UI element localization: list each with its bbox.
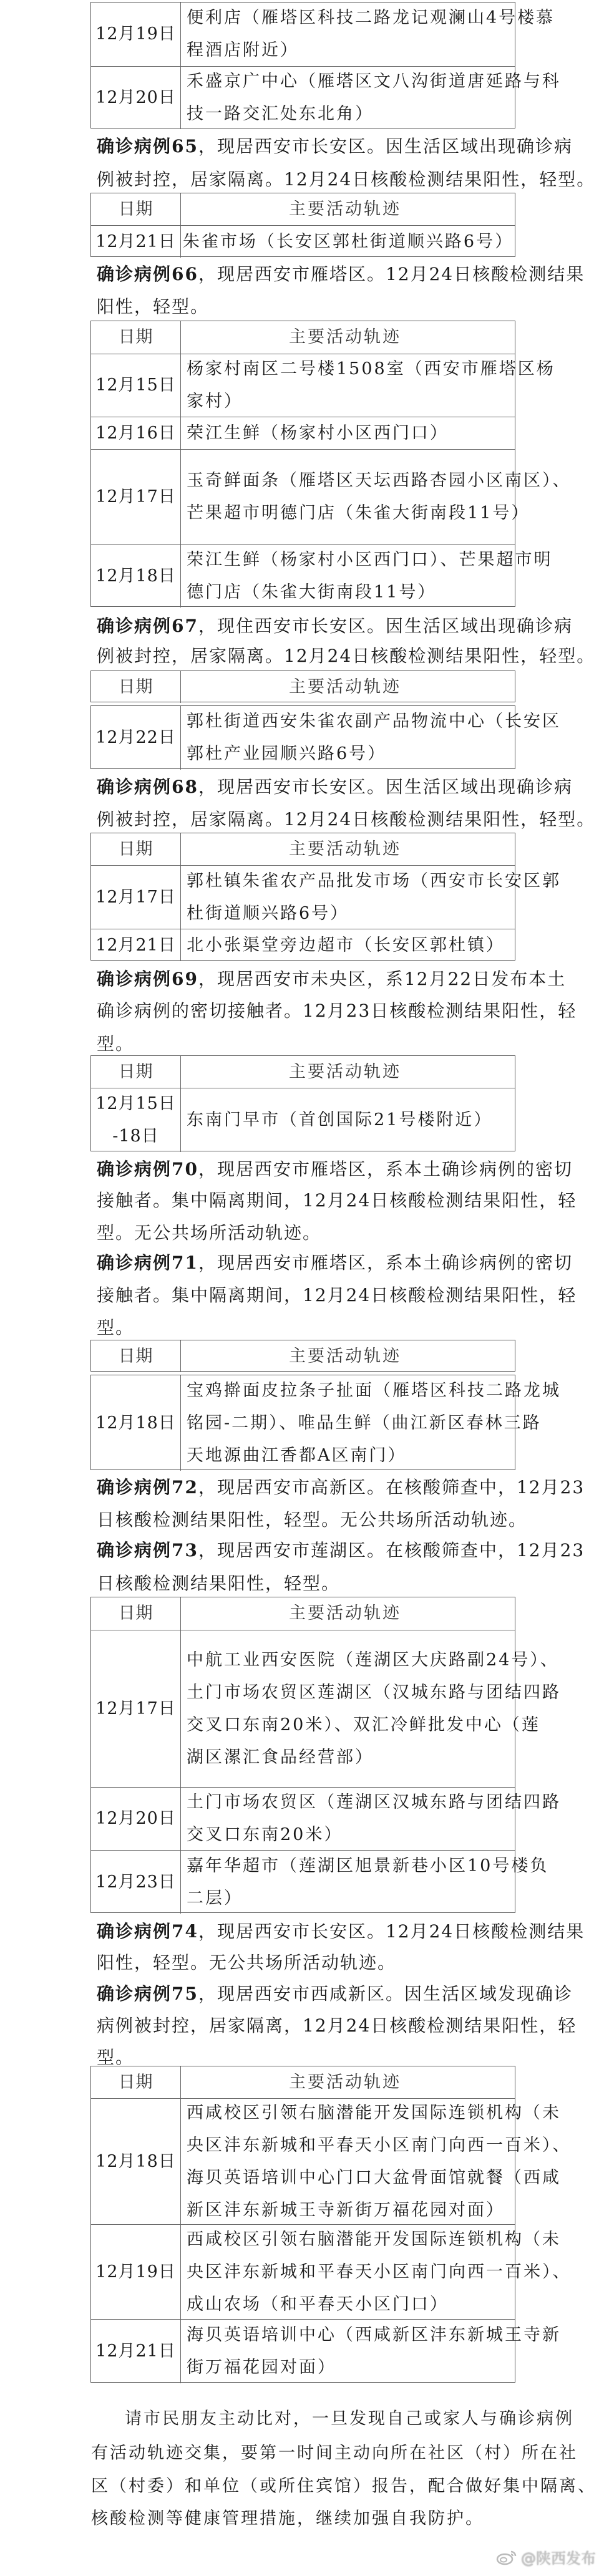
date-cell: 12月20日 [91,1788,181,1850]
date-cell: 12月18日 [91,545,181,608]
date-text: 12月18日 [95,1407,176,1440]
activity-cell: 宝鸡擀面皮拉条子扯面（雁塔区科技二路龙城铭园-二期）、唯品生鲜（曲江新区春林三路… [180,1375,515,1471]
line-text: ，现居西安市西咸新区。因生活区域发现确诊 [198,1983,573,2004]
header-date: 日期 [91,321,181,354]
activity-text: 二层） [187,1882,510,1915]
line-text: 型。 [97,1034,134,1054]
date-text: -18日 [112,1120,158,1153]
line-text: 接触者。集中隔离期间，12月24日核酸检测结果阳性，轻 [97,1190,577,1211]
activity-text: 荣江生鲜（杨家村小区西门口）、芒果超市明 [187,544,510,576]
date-cell: 12月15日-18日 [91,1088,181,1152]
case-label: 确诊病例75 [97,1983,198,2004]
activity-text: 成山农场（和平春天小区门口） [187,2288,510,2321]
paragraph-line: 型。 [97,1030,134,1055]
paragraph-line: 型。 [97,2044,134,2069]
activity-cell: 土门市场农贸区（莲湖区汉城东路与团结四路交叉口东南20米） [180,1788,515,1850]
paragraph-line: 确诊病例67，现住西安市长安区。因生活区域出现确诊病 [97,613,573,637]
activity-text: 街万福花园对面） [187,2351,510,2384]
activity-text: 中航工业西安医院（莲湖区大庆路副24号）、 [187,1644,510,1677]
activity-text: 北小张渠堂旁边超市（长安区郭杜镇） [187,929,510,962]
table-row: 12月15日-18日东南门早市（首创国际21号楼附近） [91,1088,515,1152]
table-row: 12月17日郭杜镇朱雀农产品批发市场（西安市长安区郭杜街道顺兴路6号） [91,865,515,929]
paragraph-line: 接触者。集中隔离期间，12月24日核酸检测结果阳性，轻 [97,1282,577,1307]
table-row: 12月18日荣江生鲜（杨家村小区西门口）、芒果超市明德门店（朱雀大街南段11号） [91,544,515,608]
activity-text: 海贝英语培训中心（西咸新区沣东新城王寺新 [187,2319,510,2351]
header-activity: 主要活动轨迹 [180,671,515,703]
closing-line: 有活动轨迹交集，要第一时间主动向所在社区（村）所在社 [91,2439,578,2464]
paragraph-line: 接触者。集中隔离期间，12月24日核酸检测结果阳性，轻 [97,1187,577,1212]
line-text: ，现居西安市未央区，系12月22日发布本土 [198,969,566,989]
header-date: 日期 [91,1597,181,1630]
activity-cell: 嘉年华超市（莲湖区旭景新巷小区10号楼负二层） [180,1851,515,1914]
table-row: 12月21日北小张渠堂旁边超市（长安区郭杜镇） [91,929,515,961]
activity-cell: 北小张渠堂旁边超市（长安区郭杜镇） [180,929,515,961]
paragraph-line: 型。无公共场所活动轨迹。 [97,1219,321,1244]
line-text: ，现居西安市长安区。12月24日核酸检测结果 [198,1921,585,1942]
header-date: 日期 [91,1340,181,1372]
activity-text: 央区沣东新城和平春天小区南门向西一百米）、 [187,2256,510,2288]
date-cell: 12月23日 [91,1851,181,1914]
paragraph-line: 型。 [97,1314,134,1339]
table-header-row: 日期主要活动轨迹 [91,1340,515,1372]
date-cell: 12月21日 [91,929,181,961]
activity-text: 朱雀市场（长安区郭杜街道顺兴路6号） [183,226,514,258]
activity-text: 土门市场农贸区（莲湖区汉城东路与团结四路 [187,1786,510,1819]
case-label: 确诊病例67 [97,616,198,636]
activity-text: 天地源曲江香都A区南门） [187,1440,510,1472]
paragraph-line: 例被封控，居家隔离。12月24日核酸检测结果阳性，轻型。 [97,806,595,831]
activity-cell: 郭杜镇朱雀农产品批发市场（西安市长安区郭杜街道顺兴路6号） [180,866,515,929]
table-row: 12月22日郭杜街道西安朱雀农副产品物流中心（长安区郭杜产业园顺兴路6号） [91,706,515,770]
itinerary-table: 日期主要活动轨迹 [90,1340,515,1372]
line-text: 阳性，轻型。无公共场所活动轨迹。 [97,1952,396,1973]
activity-text: 西咸校区引领右脑潜能开发国际连锁机构（未 [187,2097,510,2129]
watermark: @陕西发布 [496,2546,596,2568]
weibo-icon [496,2549,517,2565]
line-text: 型。 [97,2047,134,2068]
case-label: 确诊病例68 [97,777,198,797]
table-header-row: 日期主要活动轨迹 [91,193,515,225]
case-label: 确诊病例66 [97,264,198,284]
header-date: 日期 [91,193,181,225]
activity-text: 嘉年华超市（莲湖区旭景新巷小区10号楼负 [187,1850,510,1882]
activity-cell: 东南门早市（首创国际21号楼附近） [180,1088,515,1152]
itinerary-table: 日期主要活动轨迹12月18日西咸校区引领右脑潜能开发国际连锁机构（未央区沣东新城… [90,2066,515,2383]
table-row: 12月20日土门市场农贸区（莲湖区汉城东路与团结四路交叉口东南20米） [91,1787,515,1850]
paragraph-line: 确诊病例的密切接触者。12月23日核酸检测结果阳性，轻 [97,997,577,1022]
line-text: ，现居西安市雁塔区，系本土确诊病例的密切 [198,1159,573,1179]
date-text: 12月21日 [95,2335,176,2368]
header-date: 日期 [91,671,181,703]
activity-cell: 郭杜街道西安朱雀农副产品物流中心（长安区郭杜产业园顺兴路6号） [180,706,515,770]
line-text: 型。 [97,1317,134,1338]
line-text: 确诊病例的密切接触者。12月23日核酸检测结果阳性，轻 [97,1000,577,1021]
activity-cell: 中航工业西安医院（莲湖区大庆路副24号）、土门市场农贸区莲湖区（汉城东路与团结四… [180,1630,515,1787]
table-row: 12月15日杨家村南区二号楼1508室（西安市雁塔区杨家村） [91,354,515,417]
line-text: 阳性，轻型。 [97,296,209,317]
activity-text: 郭杜镇朱雀农产品批发市场（西安市长安区郭 [187,865,510,898]
activity-cell: 西咸校区引领右脑潜能开发国际连锁机构（未央区沣东新城和平春天小区南门向西一百米）… [180,2225,515,2319]
table-row: 12月19日便利店（雁塔区科技二路龙记观澜山4号楼慕程酒店附近） [91,2,515,66]
activity-text: 家村） [187,385,510,418]
date-text: 12月15日 [95,369,176,402]
line-text: 病例被封控，居家隔离，12月24日核酸检测结果阳性，轻 [97,2015,577,2036]
activity-text: 湖区漯汇食品经营部） [187,1741,510,1774]
itinerary-table: 12月22日郭杜街道西安朱雀农副产品物流中心（长安区郭杜产业园顺兴路6号） [90,705,515,769]
line-text: 例被封控，居家隔离。12月24日核酸检测结果阳性，轻型。 [97,809,595,830]
table-row: 12月19日西咸校区引领右脑潜能开发国际连锁机构（未央区沣东新城和平春天小区南门… [91,2224,515,2319]
line-text: 型。无公共场所活动轨迹。 [97,1223,321,1243]
paragraph-line: 日核酸检测结果阳性，轻型。 [97,1570,340,1595]
table-header-row: 日期主要活动轨迹 [91,833,515,865]
activity-cell: 朱雀市场（长安区郭杜街道顺兴路6号） [180,226,515,258]
line-text: 例被封控，居家隔离。12月24日核酸检测结果阳性，轻型。 [97,169,595,190]
header-date: 日期 [91,2066,181,2098]
activity-text: 西咸校区引领右脑潜能开发国际连锁机构（未 [187,2224,510,2256]
itinerary-table: 日期主要活动轨迹12月15日杨家村南区二号楼1508室（西安市雁塔区杨家村）12… [90,321,515,607]
activity-text: 郭杜街道西安朱雀农副产品物流中心（长安区 [187,705,510,738]
date-text: 12月16日 [95,417,176,450]
closing-line: 请市民朋友主动比对，一旦发现自己或家人与确诊病例 [125,2405,574,2429]
table-header-row: 日期主要活动轨迹 [91,671,515,703]
activity-cell: 便利店（雁塔区科技二路龙记观澜山4号楼慕程酒店附近） [180,2,515,66]
watermark-text: @陕西发布 [521,2546,596,2568]
paragraph-line: 例被封控，居家隔离。12月24日核酸检测结果阳性，轻型。 [97,642,595,667]
date-cell: 12月21日 [91,2320,181,2383]
activity-text: 郭杜产业园顺兴路6号） [187,738,510,770]
date-cell: 12月17日 [91,1630,181,1787]
itinerary-table: 日期主要活动轨迹 [90,671,515,702]
case-label: 确诊病例72 [97,1477,198,1498]
paragraph-line: 确诊病例70，现居西安市雁塔区，系本土确诊病例的密切 [97,1156,573,1181]
paragraph-line: 例被封控，居家隔离。12月24日核酸检测结果阳性，轻型。 [97,166,595,191]
itinerary-table: 日期主要活动轨迹12月21日朱雀市场（长安区郭杜街道顺兴路6号） [90,193,515,257]
date-cell: 12月18日 [91,2099,181,2224]
table-row: 12月20日禾盛京广中心（雁塔区文八沟街道唐延路与科技一路交汇处东北角） [91,66,515,129]
itinerary-table: 日期主要活动轨迹12月17日郭杜镇朱雀农产品批发市场（西安市长安区郭杜街道顺兴路… [90,833,515,961]
header-date: 日期 [91,1056,181,1088]
header-activity: 主要活动轨迹 [180,1597,515,1630]
date-cell: 12月17日 [91,450,181,544]
activity-text: 土门市场农贸区莲湖区（汉城东路与团结四路 [187,1677,510,1709]
table-header-row: 日期主要活动轨迹 [91,321,515,354]
paragraph-line: 阳性，轻型。 [97,293,209,318]
line-text: ，现居西安市高新区。在核酸筛查中，12月23 [198,1477,585,1498]
activity-text: 杨家村南区二号楼1508室（西安市雁塔区杨 [187,353,510,385]
date-text: 12月19日 [95,18,176,51]
date-text: 12月17日 [95,881,176,914]
date-text: 12月21日 [95,929,176,962]
activity-cell: 荣江生鲜（杨家村小区西门口） [180,417,515,449]
line-text: ，现居西安市长安区。因生活区域出现确诊病 [198,777,573,797]
paragraph-line: 确诊病例72，现居西安市高新区。在核酸筛查中，12月23 [97,1474,585,1499]
header-activity: 主要活动轨迹 [180,1056,515,1088]
table-header-row: 日期主要活动轨迹 [91,1056,515,1088]
activity-text: 便利店（雁塔区科技二路龙记观澜山4号楼慕 [187,2,510,34]
date-text: 12月15日 [95,1088,176,1120]
table-row: 12月23日嘉年华超市（莲湖区旭景新巷小区10号楼负二层） [91,1850,515,1914]
paragraph-line: 病例被封控，居家隔离，12月24日核酸检测结果阳性，轻 [97,2012,577,2037]
case-label: 确诊病例74 [97,1921,198,1942]
paragraph-line: 确诊病例68，现居西安市长安区。因生活区域出现确诊病 [97,773,573,798]
closing-line: 核酸检测等健康管理措施，继续加强自我防护。 [91,2505,484,2529]
header-date: 日期 [91,833,181,865]
table-row: 12月18日西咸校区引领右脑潜能开发国际连锁机构（未央区沣东新城和平春天小区南门… [91,2098,515,2224]
header-activity: 主要活动轨迹 [180,321,515,354]
activity-text: 德门店（朱雀大街南段11号） [187,576,510,609]
table-row: 12月21日海贝英语培训中心（西咸新区沣东新城王寺新街万福花园对面） [91,2319,515,2383]
line-text: 例被封控，居家隔离。12月24日核酸检测结果阳性，轻型。 [97,646,595,666]
date-cell: 12月19日 [91,2225,181,2319]
activity-text: 交叉口东南20米） [187,1819,510,1851]
date-text: 12月21日 [95,226,176,258]
activity-cell: 禾盛京广中心（雁塔区文八沟街道唐延路与科技一路交汇处东北角） [180,67,515,129]
line-text: 接触者。集中隔离期间，12月24日核酸检测结果阳性，轻 [97,1285,577,1305]
date-cell: 12月15日 [91,354,181,417]
activity-text: 禾盛京广中心（雁塔区文八沟街道唐延路与科 [187,65,510,98]
activity-text: 央区沣东新城和平春天小区南门向西一百米）、 [187,2129,510,2162]
date-text: 12月19日 [95,2256,176,2288]
date-cell: 12月21日 [91,226,181,258]
activity-text: 技一路交汇处东北角） [187,98,510,130]
activity-text: 杜街道顺兴路6号） [187,898,510,930]
date-cell: 12月19日 [91,2,181,66]
date-text: 12月18日 [95,2146,176,2178]
closing-line: 区（村委）和单位（或所住宾馆）报告，配合做好集中隔离、 [91,2472,597,2497]
paragraph-line: 确诊病例66，现居西安市雁塔区。12月24日核酸检测结果 [97,261,585,286]
itinerary-table: 日期主要活动轨迹12月15日-18日东南门早市（首创国际21号楼附近） [90,1055,515,1151]
header-activity: 主要活动轨迹 [180,833,515,865]
activity-text: 芒果超市明德门店（朱雀大街南段11号） [187,497,510,530]
activity-text: 宝鸡擀面皮拉条子扯面（雁塔区科技二路龙城 [187,1375,510,1407]
case-label: 确诊病例65 [97,136,198,157]
activity-cell: 荣江生鲜（杨家村小区西门口）、芒果超市明德门店（朱雀大街南段11号） [180,545,515,608]
line-text: ，现居西安市雁塔区。12月24日核酸检测结果 [198,264,585,284]
itinerary-table: 12月19日便利店（雁塔区科技二路龙记观澜山4号楼慕程酒店附近）12月20日禾盛… [90,2,515,128]
case-label: 确诊病例69 [97,969,198,989]
date-cell: 12月16日 [91,417,181,449]
table-header-row: 日期主要活动轨迹 [91,1597,515,1630]
table-header-row: 日期主要活动轨迹 [91,2066,515,2098]
line-text: ，现居西安市雁塔区，系本土确诊病例的密切 [198,1252,573,1273]
activity-text: 程酒店附近） [187,34,510,67]
header-activity: 主要活动轨迹 [180,2066,515,2098]
paragraph-line: 阳性，轻型。无公共场所活动轨迹。 [97,1949,396,1974]
activity-cell: 西咸校区引领右脑潜能开发国际连锁机构（未央区沣东新城和平春天小区南门向西一百米）… [180,2099,515,2224]
activity-text: 新区沣东新城王寺新街万福花园对面） [187,2194,510,2227]
date-text: 12月22日 [95,722,176,754]
paragraph-line: 确诊病例74，现居西安市长安区。12月24日核酸检测结果 [97,1918,585,1943]
table-row: 12月17日玉奇鲜面条（雁塔区天坛西路杏园小区南区）、芒果超市明德门店（朱雀大街… [91,449,515,544]
paragraph-line: 确诊病例75，现居西安市西咸新区。因生活区域发现确诊 [97,1980,573,2005]
activity-text: 交叉口东南20米）、双汇冷鲜批发中心（莲 [187,1709,510,1741]
header-activity: 主要活动轨迹 [180,193,515,225]
header-activity: 主要活动轨迹 [180,1340,515,1372]
paragraph-line: 日核酸检测结果阳性，轻型。无公共场所活动轨迹。 [97,1506,527,1531]
date-text: 12月18日 [95,560,176,593]
date-text: 12月20日 [95,82,176,114]
line-text: ，现住西安市长安区。因生活区域出现确诊病 [198,616,573,636]
itinerary-table: 12月18日宝鸡擀面皮拉条子扯面（雁塔区科技二路龙城铭园-二期）、唯品生鲜（曲江… [90,1375,515,1470]
paragraph-line: 确诊病例73，现居西安市莲湖区。在核酸筛查中，12月23 [97,1537,585,1562]
case-label: 确诊病例70 [97,1159,198,1179]
table-row: 12月16日荣江生鲜（杨家村小区西门口） [91,417,515,449]
line-text: 日核酸检测结果阳性，轻型。无公共场所活动轨迹。 [97,1509,527,1530]
itinerary-table: 日期主要活动轨迹12月17日中航工业西安医院（莲湖区大庆路副24号）、土门市场农… [90,1597,515,1913]
paragraph-line: 确诊病例71，现居西安市雁塔区，系本土确诊病例的密切 [97,1249,573,1274]
activity-text: 东南门早市（首创国际21号楼附近） [187,1104,510,1136]
line-text: ，现居西安市长安区。因生活区域出现确诊病 [198,136,573,157]
table-row: 12月17日中航工业西安医院（莲湖区大庆路副24号）、土门市场农贸区莲湖区（汉城… [91,1630,515,1787]
date-text: 12月17日 [95,481,176,513]
date-cell: 12月22日 [91,706,181,770]
date-text: 12月23日 [95,1866,176,1899]
date-cell: 12月17日 [91,866,181,929]
case-label: 确诊病例73 [97,1540,198,1561]
activity-cell: 海贝英语培训中心（西咸新区沣东新城王寺新街万福花园对面） [180,2320,515,2383]
line-text: ，现居西安市莲湖区。在核酸筛查中，12月23 [198,1540,585,1561]
activity-text: 铭园-二期）、唯品生鲜（曲江新区春林三路 [187,1407,510,1440]
table-row: 12月21日朱雀市场（长安区郭杜街道顺兴路6号） [91,225,515,258]
date-text: 12月17日 [95,1693,176,1725]
case-label: 确诊病例71 [97,1252,198,1273]
activity-text: 玉奇鲜面条（雁塔区天坛西路杏园小区南区）、 [187,465,510,497]
date-cell: 12月18日 [91,1375,181,1471]
activity-cell: 杨家村南区二号楼1508室（西安市雁塔区杨家村） [180,354,515,417]
date-cell: 12月20日 [91,67,181,129]
activity-text: 海贝英语培训中心门口大盆骨面馆就餐（西咸 [187,2162,510,2194]
paragraph-line: 确诊病例69，现居西安市未央区，系12月22日发布本土 [97,966,566,990]
date-text: 12月20日 [95,1803,176,1835]
line-text: 日核酸检测结果阳性，轻型。 [97,1573,340,1594]
table-row: 12月18日宝鸡擀面皮拉条子扯面（雁塔区科技二路龙城铭园-二期）、唯品生鲜（曲江… [91,1375,515,1471]
paragraph-line: 确诊病例65，现居西安市长安区。因生活区域出现确诊病 [97,133,573,158]
activity-text: 荣江生鲜（杨家村小区西门口） [187,417,510,450]
activity-cell: 玉奇鲜面条（雁塔区天坛西路杏园小区南区）、芒果超市明德门店（朱雀大街南段11号） [180,450,515,544]
